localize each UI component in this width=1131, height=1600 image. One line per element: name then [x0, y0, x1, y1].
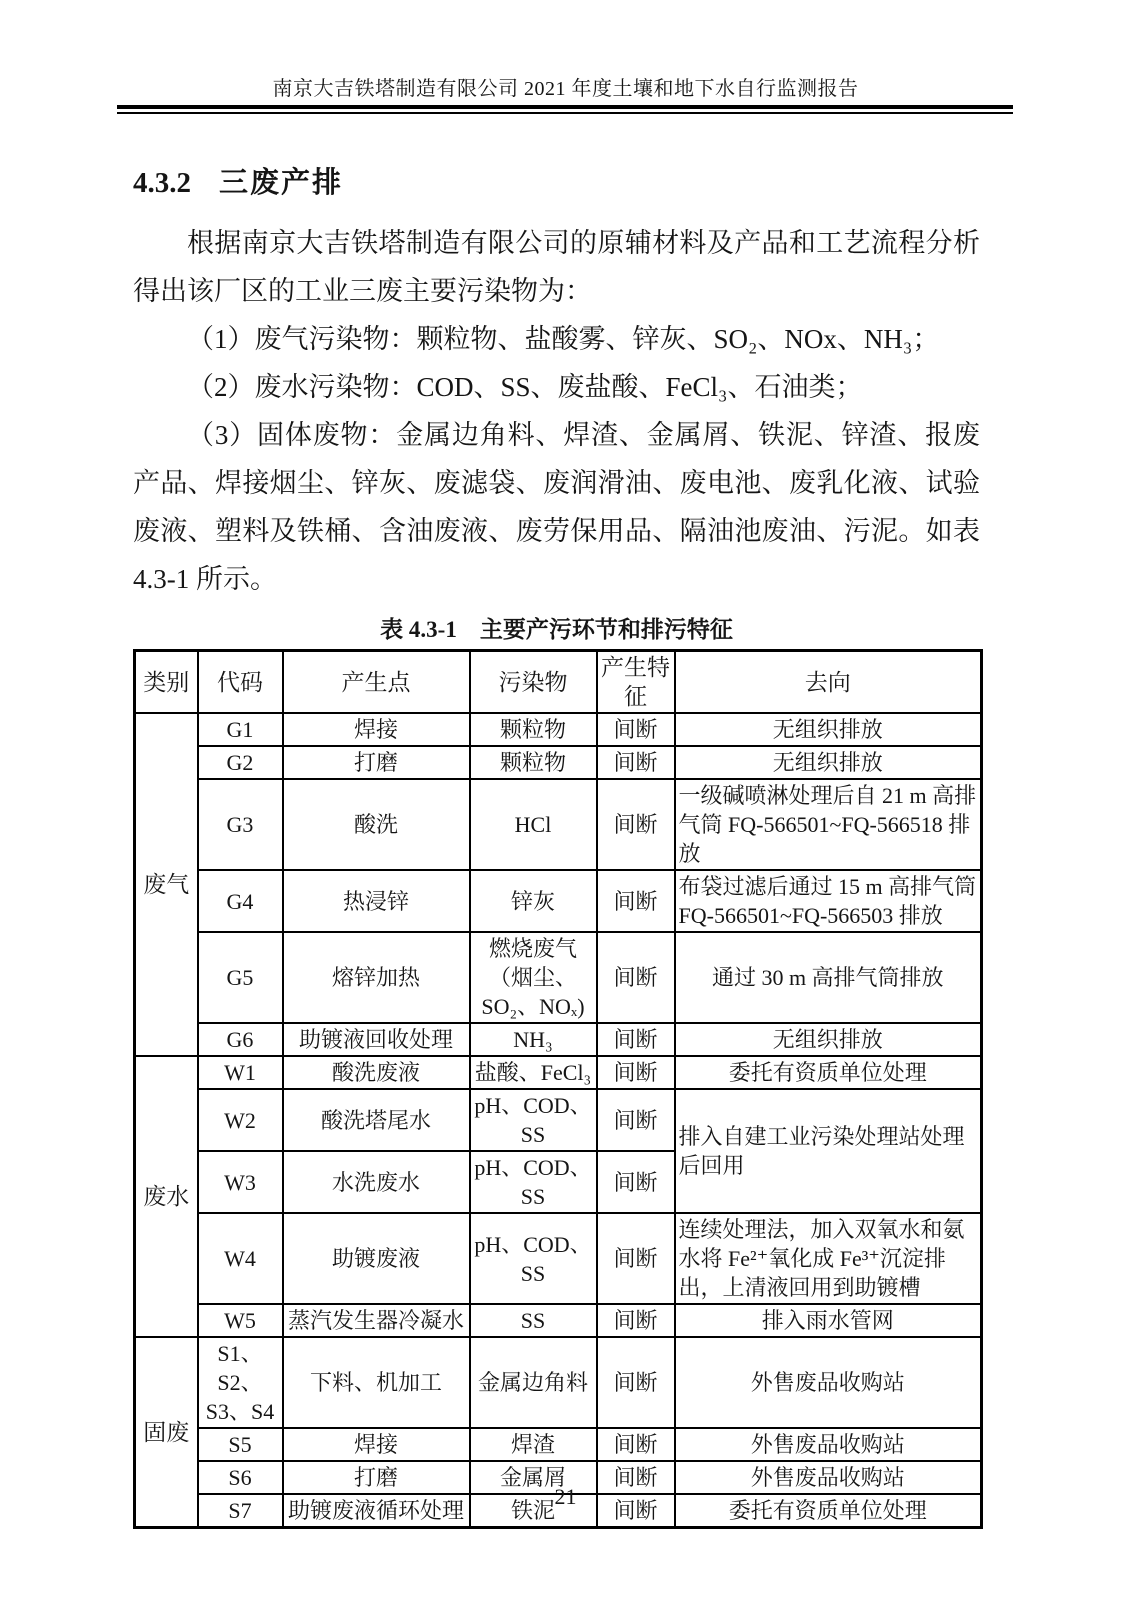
table-block: 表 4.3-1 主要产污环节和排污特征 类别 代码 产生点 污染物 产生特征 去…: [133, 611, 980, 1529]
cell-source: 打磨: [283, 746, 470, 779]
report-header: 南京大吉铁塔制造有限公司 2021 年度土壤和地下水自行监测报告: [0, 72, 1131, 101]
header-rule: [117, 105, 1013, 114]
cell-code: W1: [198, 1056, 283, 1089]
table-row: G6 助镀液回收处理 NH₃ 间断 无组织排放: [135, 1023, 982, 1056]
cell-pollutant: pH、COD、SS: [470, 1213, 597, 1304]
cell-pollutant: 颗粒物: [470, 713, 597, 746]
list-item-solid-waste: （3）固体废物：金属边角料、焊渣、金属屑、铁泥、锌渣、报废产品、焊接烟尘、锌灰、…: [133, 411, 980, 603]
body-text: 根据南京大吉铁塔制造有限公司的原辅材料及产品和工艺流程分析得出该厂区的工业三废主…: [133, 219, 980, 603]
cell-pollutant: HCl: [470, 779, 597, 870]
table-row: G3 酸洗 HCl 间断 一级碱喷淋处理后自 21 m 高排气筒 FQ-5665…: [135, 779, 982, 870]
cell-pollutant: SS: [470, 1304, 597, 1337]
cell-pattern: 间断: [597, 746, 675, 779]
cell-destination: 无组织排放: [675, 713, 982, 746]
cell-destination: 无组织排放: [675, 746, 982, 779]
cell-destination-merged: 排入自建工业污染处理站处理后回用: [675, 1089, 982, 1213]
cell-destination: 委托有资质单位处理: [675, 1056, 982, 1089]
table-row: 固废 S1、S2、S3、S4 下料、机加工 金属边角料 间断 外售废品收购站: [135, 1337, 982, 1428]
cell-code: W4: [198, 1213, 283, 1304]
category-cell-water: 废水: [135, 1056, 198, 1337]
list-item-gas-pollutants: （1）废气污染物：颗粒物、盐酸雾、锌灰、SO₂、NOx、NH₃；: [133, 315, 980, 363]
cell-destination: 连续处理法，加入双氧水和氨水将 Fe²⁺氧化成 Fe³⁺沉淀排出，上清液回用到助…: [675, 1213, 982, 1304]
cell-destination: 一级碱喷淋处理后自 21 m 高排气筒 FQ-566501~FQ-566518 …: [675, 779, 982, 870]
table-row: G4 热浸锌 锌灰 间断 布袋过滤后通过 15 m 高排气筒 FQ-566501…: [135, 870, 982, 932]
cell-code: G5: [198, 932, 283, 1023]
pollution-table: 类别 代码 产生点 污染物 产生特征 去向 废气 G1 焊接 颗粒物 间断 无组…: [133, 649, 983, 1529]
cell-code: G3: [198, 779, 283, 870]
table-row: 废气 G1 焊接 颗粒物 间断 无组织排放: [135, 713, 982, 746]
table-row: S5 焊接 焊渣 间断 外售废品收购站: [135, 1428, 982, 1461]
table-row: W4 助镀废液 pH、COD、SS 间断 连续处理法，加入双氧水和氨水将 Fe²…: [135, 1213, 982, 1304]
cell-pollutant: pH、COD、SS: [470, 1151, 597, 1213]
cell-source: 焊接: [283, 1428, 470, 1461]
cell-pattern: 间断: [597, 1089, 675, 1151]
cell-pattern: 间断: [597, 870, 675, 932]
col-header-source: 产生点: [283, 651, 470, 714]
cell-source: 焊接: [283, 713, 470, 746]
cell-pattern: 间断: [597, 1304, 675, 1337]
cell-destination: 外售废品收购站: [675, 1428, 982, 1461]
cell-code: G4: [198, 870, 283, 932]
cell-pattern: 间断: [597, 1213, 675, 1304]
cell-pattern: 间断: [597, 779, 675, 870]
cell-pollutant: 颗粒物: [470, 746, 597, 779]
section-heading: 4.3.2三废产排: [133, 160, 980, 201]
cell-pattern: 间断: [597, 1151, 675, 1213]
cell-destination: 通过 30 m 高排气筒排放: [675, 932, 982, 1023]
cell-pollutant: pH、COD、SS: [470, 1089, 597, 1151]
cell-source: 酸洗塔尾水: [283, 1089, 470, 1151]
section-number: 4.3.2: [133, 167, 191, 199]
cell-pattern: 间断: [597, 1337, 675, 1428]
cell-destination: 排入雨水管网: [675, 1304, 982, 1337]
cell-pattern: 间断: [597, 932, 675, 1023]
cell-pattern: 间断: [597, 713, 675, 746]
cell-pattern: 间断: [597, 1056, 675, 1089]
cell-pattern: 间断: [597, 1428, 675, 1461]
cell-code: G2: [198, 746, 283, 779]
cell-source: 助镀液回收处理: [283, 1023, 470, 1056]
cell-pollutant: 锌灰: [470, 870, 597, 932]
table-row: 废水 W1 酸洗废液 盐酸、FeCl₃ 间断 委托有资质单位处理: [135, 1056, 982, 1089]
table-row: W5 蒸汽发生器冷凝水 SS 间断 排入雨水管网: [135, 1304, 982, 1337]
cell-source: 酸洗: [283, 779, 470, 870]
cell-source: 热浸锌: [283, 870, 470, 932]
table-row: W2 酸洗塔尾水 pH、COD、SS 间断 排入自建工业污染处理站处理后回用: [135, 1089, 982, 1151]
table-row: G2 打磨 颗粒物 间断 无组织排放: [135, 746, 982, 779]
col-header-pollutant: 污染物: [470, 651, 597, 714]
cell-code: G6: [198, 1023, 283, 1056]
cell-pollutant: 盐酸、FeCl₃: [470, 1056, 597, 1089]
table-title: 表 4.3-1 主要产污环节和排污特征: [133, 611, 980, 644]
col-header-category: 类别: [135, 651, 198, 714]
page-number: 21: [0, 1484, 1131, 1510]
list-item-water-pollutants: （2）废水污染物：COD、SS、废盐酸、FeCl₃、石油类；: [133, 363, 980, 411]
cell-source: 酸洗废液: [283, 1056, 470, 1089]
cell-destination: 布袋过滤后通过 15 m 高排气筒 FQ-566501~FQ-566503 排放: [675, 870, 982, 932]
cell-pollutant: 燃烧废气（烟尘、SO₂、NOₓ): [470, 932, 597, 1023]
cell-code: S1、S2、S3、S4: [198, 1337, 283, 1428]
table-row: G5 熔锌加热 燃烧废气（烟尘、SO₂、NOₓ) 间断 通过 30 m 高排气筒…: [135, 932, 982, 1023]
col-header-destination: 去向: [675, 651, 982, 714]
cell-source: 蒸汽发生器冷凝水: [283, 1304, 470, 1337]
paragraph-intro: 根据南京大吉铁塔制造有限公司的原辅材料及产品和工艺流程分析得出该厂区的工业三废主…: [133, 219, 980, 315]
cell-destination: 无组织排放: [675, 1023, 982, 1056]
cell-pollutant: NH₃: [470, 1023, 597, 1056]
cell-code: S5: [198, 1428, 283, 1461]
cell-code: G1: [198, 713, 283, 746]
table-header-row: 类别 代码 产生点 污染物 产生特征 去向: [135, 651, 982, 714]
category-cell-gas: 废气: [135, 713, 198, 1056]
cell-pattern: 间断: [597, 1023, 675, 1056]
cell-code: W2: [198, 1089, 283, 1151]
col-header-code: 代码: [198, 651, 283, 714]
content-area: 4.3.2三废产排 根据南京大吉铁塔制造有限公司的原辅材料及产品和工艺流程分析得…: [133, 160, 980, 1529]
cell-source: 水洗废水: [283, 1151, 470, 1213]
cell-code: W5: [198, 1304, 283, 1337]
cell-source: 助镀废液: [283, 1213, 470, 1304]
document-page: 南京大吉铁塔制造有限公司 2021 年度土壤和地下水自行监测报告 4.3.2三废…: [0, 0, 1131, 1600]
cell-source: 下料、机加工: [283, 1337, 470, 1428]
cell-pollutant: 金属边角料: [470, 1337, 597, 1428]
col-header-pattern: 产生特征: [597, 651, 675, 714]
cell-pollutant: 焊渣: [470, 1428, 597, 1461]
cell-source: 熔锌加热: [283, 932, 470, 1023]
cell-code: W3: [198, 1151, 283, 1213]
cell-destination: 外售废品收购站: [675, 1337, 982, 1428]
section-title: 三废产排: [219, 167, 343, 199]
